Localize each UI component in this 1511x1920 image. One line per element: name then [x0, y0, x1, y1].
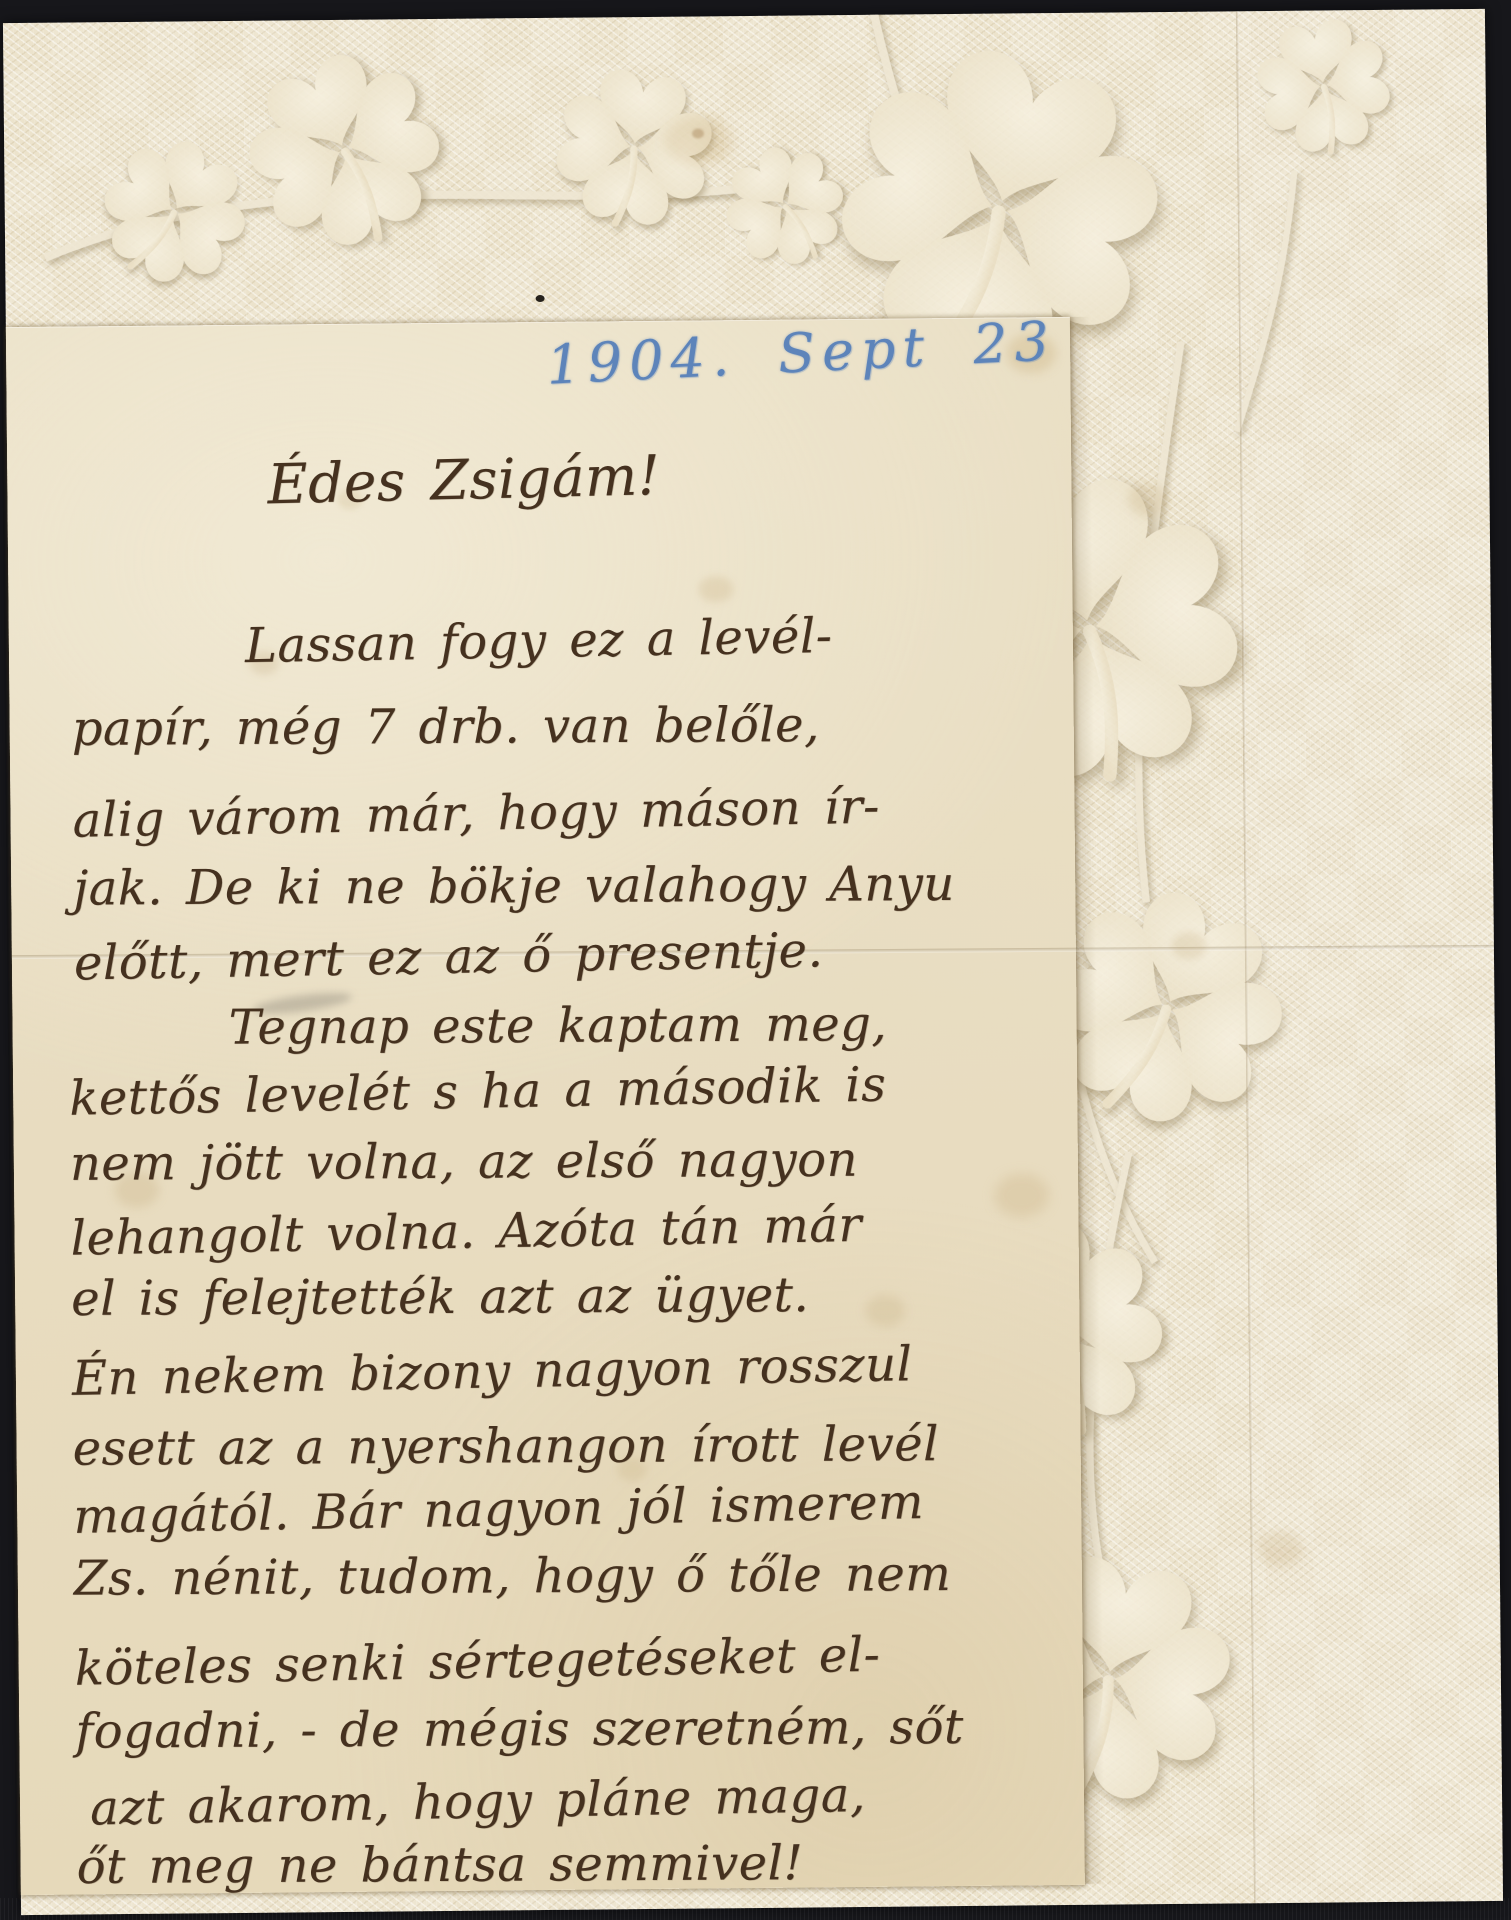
- handwriting-line: Zs. nénit, tudom, hogy ő tőle nem: [74, 1550, 952, 1603]
- handwriting-line: azt akarom, hogy pláne maga,: [90, 1771, 866, 1833]
- stain: [692, 128, 704, 138]
- handwriting-line: magától. Bár nagyon jól ismerem: [73, 1478, 924, 1541]
- right-panel-highlight: [1239, 9, 1503, 1903]
- handwriting-line: lehangolt volna. Azóta tán már: [70, 1201, 862, 1263]
- handwriting-line: papír, még 7 drb. van belőle,: [72, 701, 820, 753]
- handwriting-line: Én nekem bizony nagyon rosszul: [72, 1340, 913, 1403]
- salutation: Édes Zsigám!: [267, 448, 661, 512]
- stain: [1257, 1531, 1302, 1567]
- clover-icon: [80, 118, 268, 307]
- handwriting-line: el is felejtették azt az ügyet.: [71, 1271, 809, 1323]
- handwriting-line: köteles senki sértegetéseket el-: [74, 1631, 880, 1693]
- handwriting-line: Tegnap este kaptam meg,: [228, 1000, 887, 1051]
- handwriting-line: alig várom már, hogy máson ír-: [72, 783, 880, 845]
- handwriting-line: Lassan fogy ez a levél-: [245, 612, 833, 670]
- ink-speck: [536, 295, 545, 302]
- stationery-paper: 1904. Sept 23 Édes Zsigám! Lassan fogy e…: [3, 9, 1503, 1915]
- handwriting-line: nem jött volna, az első nagyon: [70, 1136, 858, 1188]
- stain: [1172, 932, 1207, 960]
- handwriting-line: kettős levelét s ha a második is: [69, 1061, 887, 1123]
- handwriting-line: fogadni, - de mégis szeretném, sőt: [75, 1703, 964, 1756]
- clover-icon: [225, 31, 465, 273]
- letter-scan-scene: 1904. Sept 23 Édes Zsigám! Lassan fogy e…: [0, 0, 1511, 1920]
- handwriting-line: jak. De ki ne bökje valahogy Anyu: [73, 860, 955, 913]
- handwriting-line: őt meg ne bántsa semmivel!: [77, 1839, 804, 1891]
- handwriting-line: előtt, mert ez az ő presentje.: [74, 926, 824, 987]
- handwriting-line: esett az a nyershangon írott levél: [73, 1420, 939, 1473]
